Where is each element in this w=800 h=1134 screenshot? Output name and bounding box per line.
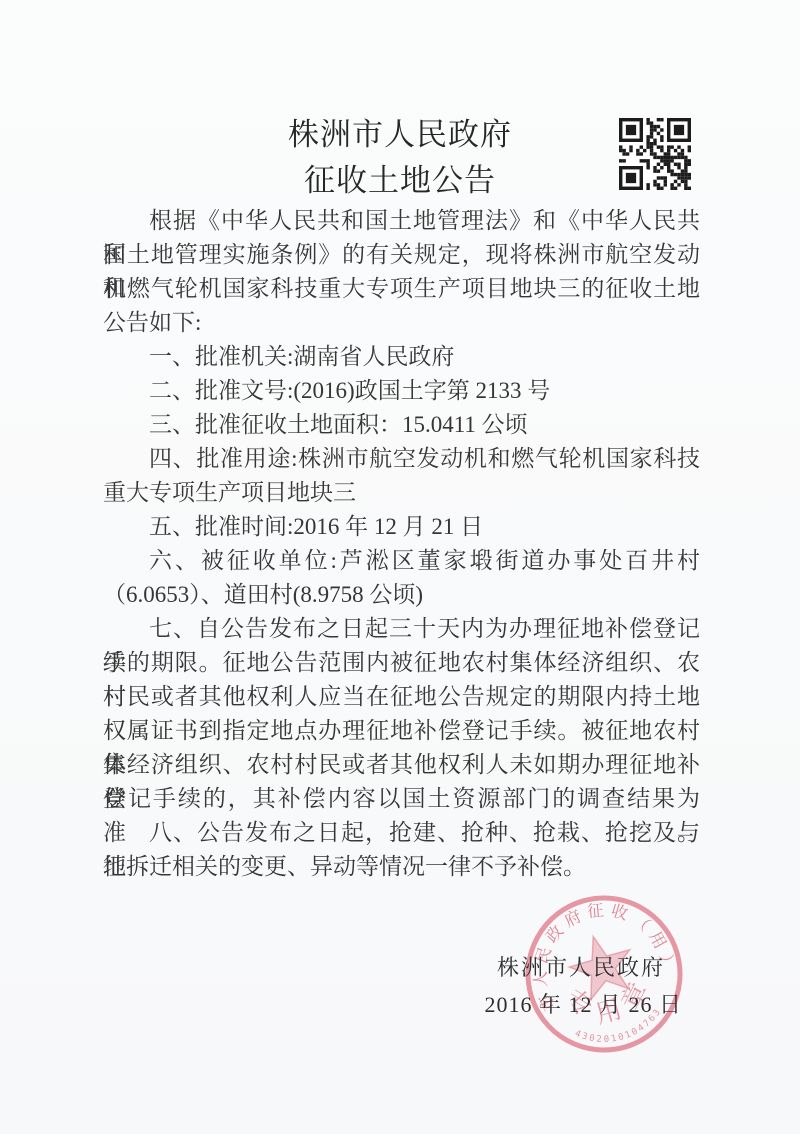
body-line: 体经济组织、农村村民或者其他权利人未如期办理征地补偿 xyxy=(103,748,700,782)
qr-code-icon xyxy=(618,118,692,190)
body-line: 登记手续的，其补偿内容以国土资源部门的调查结果为准。 xyxy=(103,782,700,816)
body-line: 三、批准征收土地面积：15.0411 公顷 xyxy=(103,408,700,442)
body-line: 重大专项生产项目地块三 xyxy=(103,476,700,510)
body-line: 一、批准机关:湖南省人民政府 xyxy=(103,340,700,374)
body-line: 二、批准文号:(2016)政国土字第 2133 号 xyxy=(103,374,700,408)
body-line: 村民或者其他权利人应当在征地公告规定的期限内持土地 xyxy=(103,680,700,714)
body-line: 八、公告发布之日起，抢建、抢种、抢栽、抢挖及与征 xyxy=(103,816,700,850)
signature-authority: 株洲市人民政府 xyxy=(497,951,665,982)
body-line: 根据《中华人民共和国土地管理法》和《中华人民共和 xyxy=(103,204,700,238)
signature-date: 2016 年 12 月 26 日 xyxy=(484,988,682,1019)
body-line: 国土地管理实施条例》的有关规定，现将株洲市航空发动机 xyxy=(103,238,700,272)
scanned-notice-page: 株洲市人民政府 征收土地公告 根据《中华人民共和国土地管理法》和《中华人民共和 … xyxy=(0,0,800,1134)
body-line: 公告如下: xyxy=(103,306,700,340)
body-line: 和燃气轮机国家科技重大专项生产项目地块三的征收土地 xyxy=(103,272,700,306)
body-line: 权属证书到指定地点办理征地补偿登记手续。被征地农村集 xyxy=(103,714,700,748)
body-line: 续的期限。征地公告范围内被征地农村集体经济组织、农村 xyxy=(103,646,700,680)
body-line: 四、批准用途:株洲市航空发动机和燃气轮机国家科技 xyxy=(103,442,700,476)
body-line: 七、自公告发布之日起三十天内为办理征地补偿登记手 xyxy=(103,612,700,646)
body-line: 六、被征收单位:芦淞区董家塅街道办事处百井村 xyxy=(103,544,700,578)
body-line: （6.0653）、道田村(8.9758 公顷) xyxy=(103,578,700,612)
notice-body: 根据《中华人民共和国土地管理法》和《中华人民共和 国土地管理实施条例》的有关规定… xyxy=(103,204,700,884)
body-line: 地拆迁相关的变更、异动等情况一律不予补偿。 xyxy=(103,850,700,884)
body-line: 五、批准时间:2016 年 12 月 21 日 xyxy=(103,510,700,544)
